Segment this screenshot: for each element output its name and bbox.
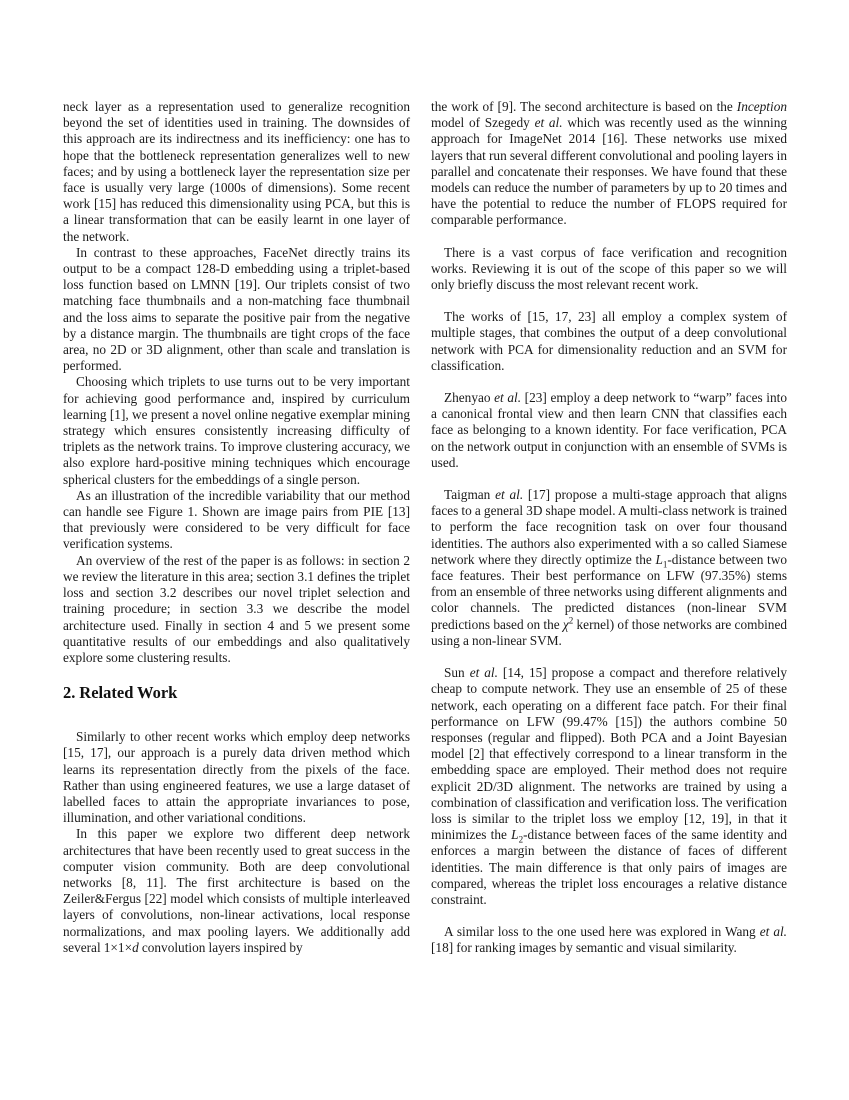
text-run: convolution layers inspired by — [139, 940, 303, 955]
italic-text: d — [132, 940, 139, 955]
italic-text: L — [511, 827, 518, 842]
text-run: which was recently used as the winning a… — [431, 115, 787, 227]
paragraph: the work of [9]. The second architecture… — [431, 99, 787, 229]
text-run: An overview of the rest of the paper is … — [63, 553, 410, 665]
paragraph: Taigman et al. [17] propose a multi-stag… — [431, 487, 787, 649]
paragraph: There is a vast corpus of face verificat… — [431, 245, 787, 294]
paragraph: Similarly to other recent works which em… — [63, 729, 410, 826]
paper-page: neck layer as a representation used to g… — [0, 0, 849, 1100]
text-run: the work of [9]. The second architecture… — [431, 99, 737, 114]
paragraph: Choosing which triplets to use turns out… — [63, 374, 410, 487]
paragraph: As an illustration of the incredible var… — [63, 488, 410, 553]
text-run: Zhenyao — [444, 390, 494, 405]
left-column: neck layer as a representation used to g… — [63, 99, 410, 957]
paragraph: In contrast to these approaches, FaceNet… — [63, 245, 410, 375]
text-run: [14, 15] propose a compact and therefore… — [431, 665, 787, 842]
text-run: Similarly to other recent works which em… — [63, 729, 410, 825]
text-run: neck layer as a representation used to g… — [63, 99, 410, 244]
text-run: Sun — [444, 665, 470, 680]
italic-text: Inception — [737, 99, 787, 114]
text-run: [18] for ranking images by semantic and … — [431, 940, 737, 955]
section-heading: 2. Related Work — [63, 683, 410, 703]
text-run: The works of [15, 17, 23] all employ a c… — [431, 309, 787, 373]
text-run: As an illustration of the incredible var… — [63, 488, 410, 552]
right-column: the work of [9]. The second architecture… — [431, 99, 787, 957]
text-run: model of Szegedy — [431, 115, 535, 130]
paragraph: An overview of the rest of the paper is … — [63, 553, 410, 666]
two-column-layout: neck layer as a representation used to g… — [0, 0, 849, 957]
text-run: In contrast to these approaches, FaceNet… — [63, 245, 410, 373]
text-run: A similar loss to the one used here was … — [444, 924, 760, 939]
italic-text: et al. — [470, 665, 498, 680]
text-run: There is a vast corpus of face verificat… — [431, 245, 787, 292]
italic-text: et al. — [535, 115, 563, 130]
paragraph: In this paper we explore two different d… — [63, 826, 410, 956]
paragraph: Sun et al. [14, 15] propose a compact an… — [431, 665, 787, 908]
paragraph: Zhenyao et al. [23] employ a deep networ… — [431, 390, 787, 471]
text-run: In this paper we explore two different d… — [63, 826, 410, 954]
italic-text: et al. — [494, 390, 521, 405]
text-run: Choosing which triplets to use turns out… — [63, 374, 410, 486]
italic-text: L — [655, 552, 662, 567]
text-run: Taigman — [444, 487, 495, 502]
italic-text: et al. — [760, 924, 787, 939]
paragraph: A similar loss to the one used here was … — [431, 924, 787, 956]
italic-text: et al. — [495, 487, 523, 502]
paragraph: The works of [15, 17, 23] all employ a c… — [431, 309, 787, 374]
paragraph: neck layer as a representation used to g… — [63, 99, 410, 245]
